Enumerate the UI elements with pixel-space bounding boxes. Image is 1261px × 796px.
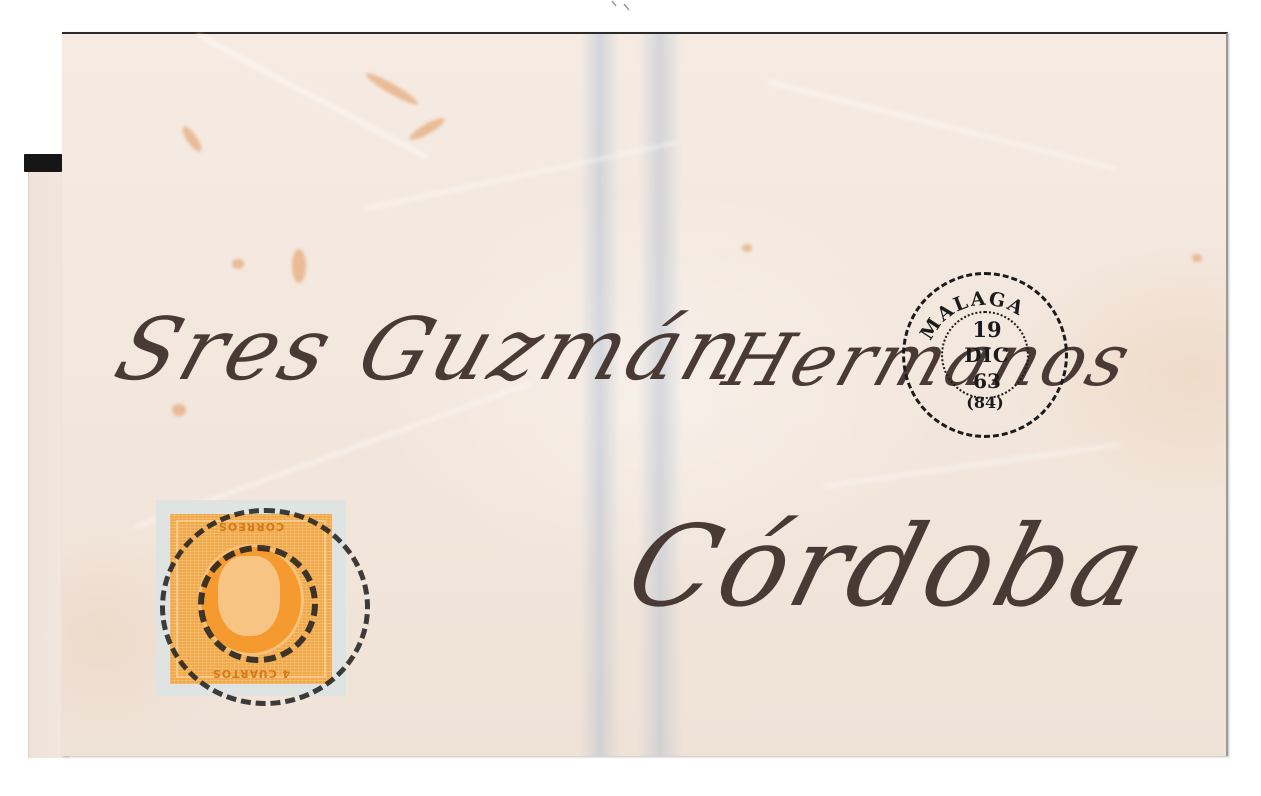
postmark: MALAGA 19 DIC 63 (84) [902, 272, 1068, 438]
foxing-stain [742, 244, 752, 252]
address-city: Córdoba [615, 502, 1162, 632]
stray-marks [610, 0, 640, 12]
postmark-year: 63 [943, 369, 1031, 393]
scan-background: Sres Guzmán Hermanos Córdoba MALAGA 19 D… [0, 0, 1261, 796]
foxing-stain [1192, 254, 1202, 262]
paper-crease [196, 33, 427, 159]
paper-crease [767, 80, 1117, 170]
foxing-stain [407, 115, 447, 144]
foxing-stain [232, 259, 244, 269]
postmark-date-circle: 19 DIC 63 [941, 311, 1029, 399]
foxing-stain [172, 404, 186, 416]
black-tab [24, 154, 62, 172]
foxing-stain [364, 70, 421, 109]
paper-crease [823, 443, 1120, 488]
stamp-cancel-inner [198, 545, 318, 663]
postmark-month: DIC [943, 343, 1031, 367]
postmark-code: (84) [905, 393, 1065, 412]
foxing-stain [292, 249, 306, 283]
postmark-day: 19 [943, 317, 1031, 342]
address-line-1: Sres Guzmán [104, 300, 760, 400]
foxing-stain [179, 124, 204, 154]
